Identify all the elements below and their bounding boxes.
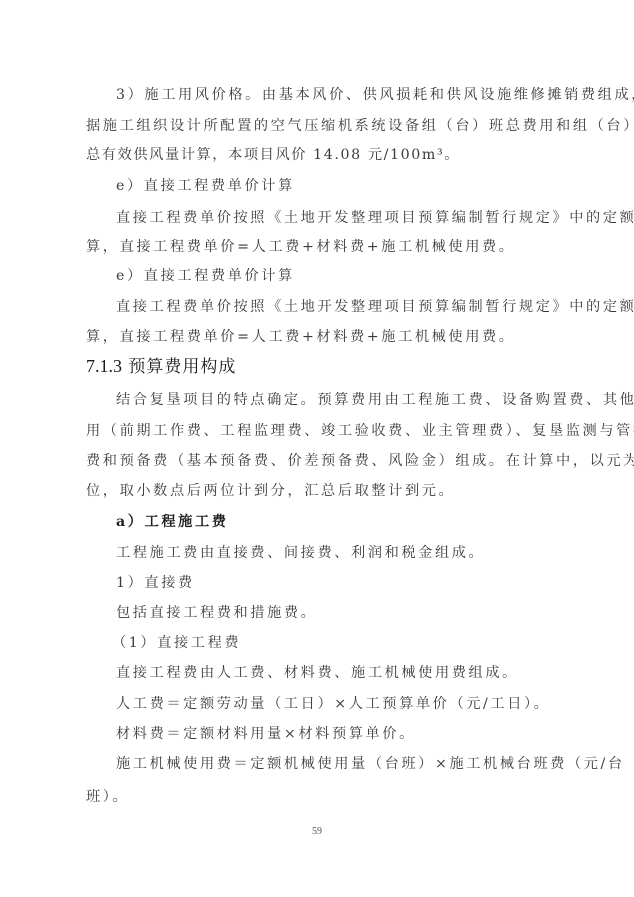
paragraph-line: 结合复垦项目的特点确定。预算费用由工程施工费、设备购置费、其他费 [116, 391, 540, 409]
list-item-heading: e）直接工程费单价计算 [116, 267, 540, 285]
page-number: 59 [0, 826, 634, 837]
formula-line: 班）。 [86, 788, 540, 806]
paragraph-line: 算，直接工程费单价=人工费+材料费+施工机械使用费。 [86, 328, 540, 346]
list-item-heading: 1）直接费 [116, 574, 540, 592]
formula-line: 材料费＝定额材料用量×材料预算单价。 [116, 725, 540, 743]
list-item-heading: e）直接工程费单价计算 [116, 177, 540, 195]
list-item-heading: （1）直接工程费 [112, 634, 536, 652]
paragraph-line: 总有效供风量计算，本项目风价 14.08 元/100m³。 [86, 146, 540, 164]
paragraph-line: 据施工组织设计所配置的空气压缩机系统设备组（台）班总费用和组（台）班 [86, 117, 540, 135]
paragraph-line: 算，直接工程费单价=人工费+材料费+施工机械使用费。 [86, 238, 540, 256]
paragraph-line: 直接工程费单价按照《土地开发整理项目预算编制暂行规定》中的定额计 [116, 298, 540, 316]
paragraph-line: 包括直接工程费和措施费。 [116, 604, 540, 622]
paragraph-line: 费和预备费（基本预备费、价差预备费、风险金）组成。在计算中，以元为单 [86, 452, 540, 470]
section-heading: 7.1.3 预算费用构成 [86, 355, 236, 378]
paragraph-line: 工程施工费由直接费、间接费、利润和税金组成。 [116, 544, 540, 562]
paragraph-line: 3）施工用风价格。由基本风价、供风损耗和供风设施维修摊销费组成，根 [116, 86, 540, 104]
formula-line: 人工费＝定额劳动量（工日）×人工预算单价（元/工日）。 [116, 695, 540, 713]
paragraph-line: 用（前期工作费、工程监理费、竣工验收费、业主管理费）、复垦监测与管护 [86, 422, 540, 440]
section-number: 7.1.3 [86, 356, 122, 376]
section-title: 预算费用构成 [128, 357, 236, 377]
formula-line: 施工机械使用费＝定额机械使用量（台班）×施工机械台班费（元/台 [116, 755, 540, 773]
paragraph-line: 直接工程费由人工费、材料费、施工机械使用费组成。 [116, 664, 540, 682]
paragraph-line: 位，取小数点后两位计到分，汇总后取整计到元。 [86, 482, 540, 500]
subsection-heading: a）工程施工费 [116, 513, 540, 531]
document-page: 3）施工用风价格。由基本风价、供风损耗和供风设施维修摊销费组成，根 据施工组织设… [0, 0, 634, 897]
paragraph-line: 直接工程费单价按照《土地开发整理项目预算编制暂行规定》中的定额计 [116, 209, 540, 227]
